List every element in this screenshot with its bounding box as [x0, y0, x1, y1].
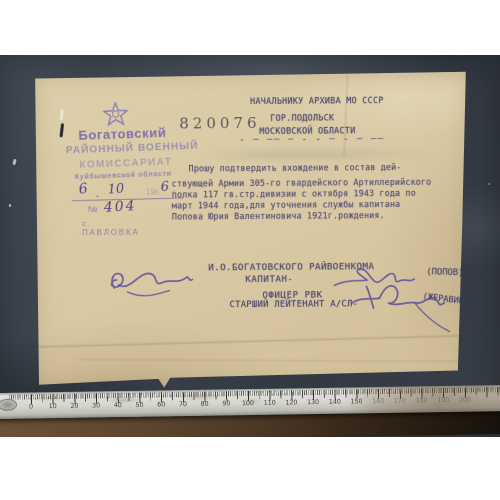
signer-rank: СТАРШИЙ ЛЕЙТЕНАНТ А/СЛ-: [229, 299, 358, 310]
handwritten-number: 404: [103, 198, 137, 216]
number-label: №: [88, 204, 98, 214]
body-line: ствующей Армии 305-го гвардейского Артил…: [172, 177, 432, 189]
printed-year-prefix: 196: [146, 188, 159, 197]
recipient-line: НАЧАЛЬНИКУ АРХИВА МО СССР: [250, 95, 384, 106]
letterhead-stamp: Богатовский РАЙОННЫЙ ВОЕННЫЙ КОМИССАРИАТ…: [55, 94, 220, 100]
body-line: Прошу подтвердить вхождение в состав дей…: [189, 162, 402, 173]
dust-speck: [12, 159, 16, 166]
handwritten-year-digit: 6: [160, 179, 170, 195]
stamped-reference-number: 820076: [179, 114, 260, 133]
paper-crease: [79, 359, 463, 363]
paper-crease: [35, 334, 471, 348]
body-line: Попова Юрия Валентиновича 1921г.рождения…: [172, 210, 385, 221]
date-separator: .: [96, 189, 99, 200]
dust-speck: [488, 183, 490, 185]
signer-rank: КАПИТАН-: [245, 275, 293, 285]
letterhead-org-line: РАЙОННЫЙ ВОЕННЫЙ: [66, 141, 199, 157]
body-line: март 1944 года,для уточнения службы капи…: [172, 198, 401, 210]
handwritten-paraph: [95, 260, 195, 307]
photograph: Богатовский РАЙОННЫЙ ВОЕННЫЙ КОМИССАРИАТ…: [0, 55, 500, 437]
white-speck: [60, 109, 64, 120]
dust-speck: [9, 204, 11, 207]
handwritten-signature-zheravin: [345, 277, 463, 336]
recipient-underline-dashes: - — —— — - - — - — ——: [239, 134, 384, 145]
letterhead-region: Куйбышевской области: [75, 171, 172, 181]
washed-stamp-trace: [203, 149, 433, 161]
handwritten-month: 10: [107, 181, 125, 197]
star-icon: [102, 101, 129, 127]
recipient-line: ГОР.ПОДОЛЬСК: [270, 112, 334, 122]
handwritten-day: 6: [78, 181, 89, 198]
paper-document: Богатовский РАЙОННЫЙ ВОЕННЫЙ КОМИССАРИАТ…: [33, 70, 471, 388]
letterhead-org-name: Богатовский: [78, 125, 167, 143]
ink-mark: [60, 123, 65, 137]
settlement-name: с. ПАВЛОВКА: [82, 219, 140, 237]
photo-page: Богатовский РАЙОННЫЙ ВОЕННЫЙ КОМИССАРИАТ…: [0, 0, 500, 500]
ruler-smudge: [346, 385, 500, 414]
letterhead-org-line: КОМИССАРИАТ: [79, 157, 172, 171]
